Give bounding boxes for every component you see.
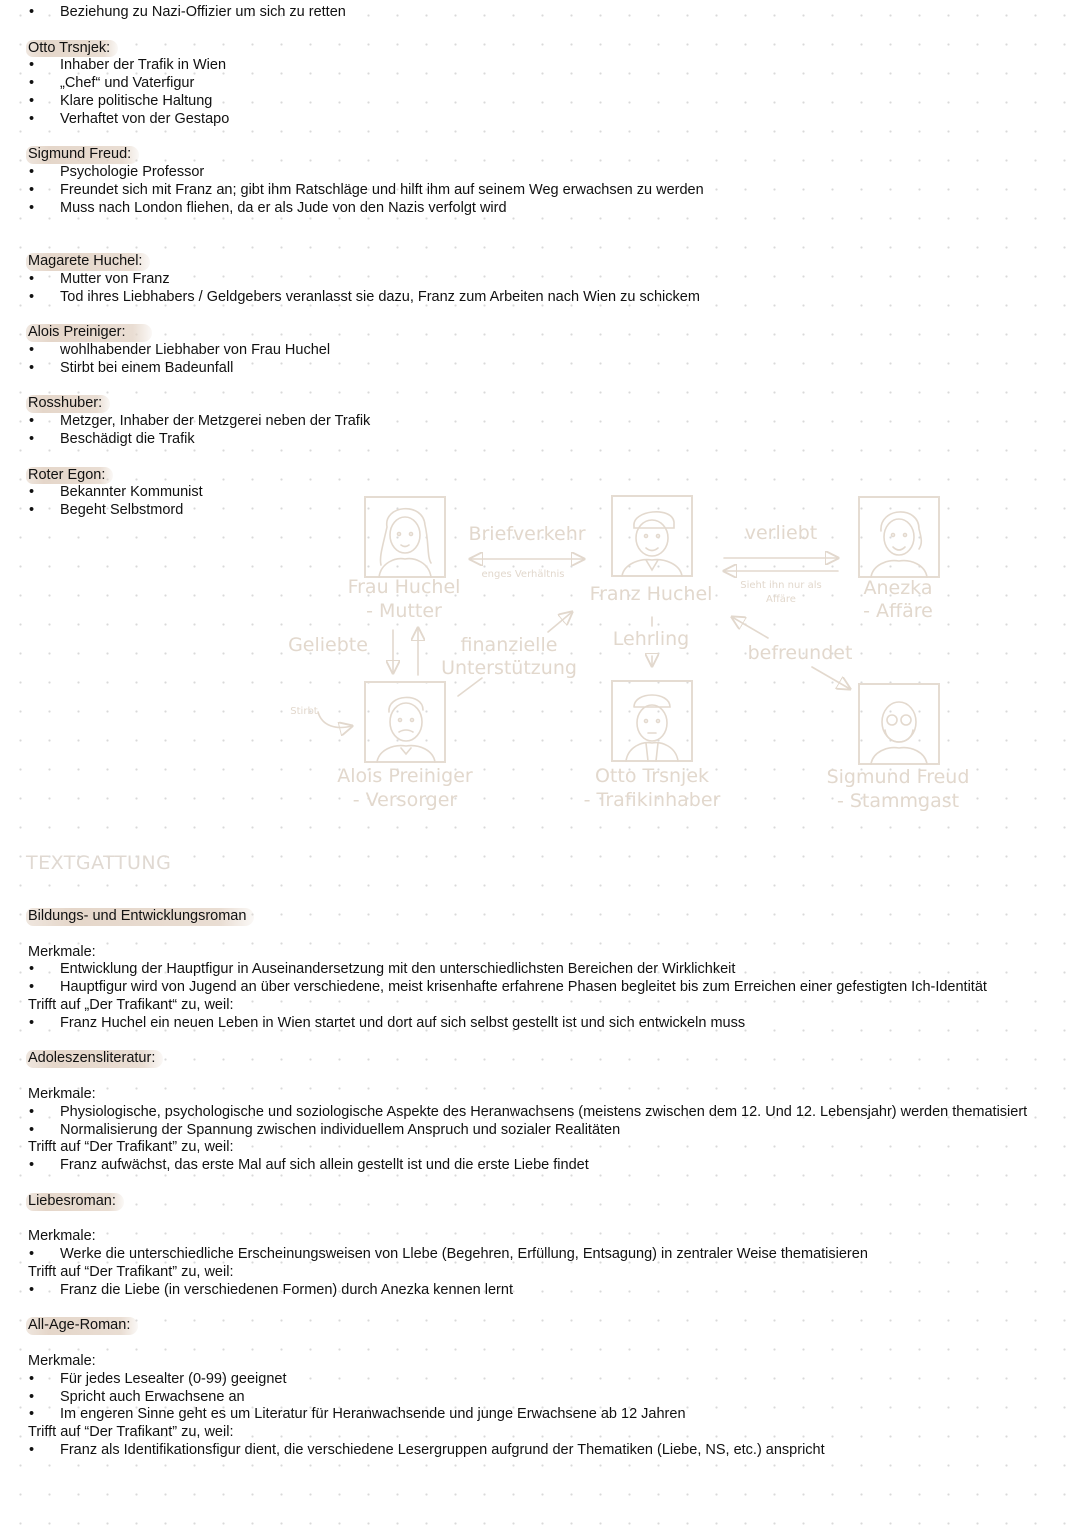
character-sigmund-freud: Sigmund Freud: •Psychologie Professor •F…	[28, 146, 704, 217]
merkmale-label: Merkmale:	[28, 1086, 1027, 1104]
edge-label-stirbt: Stirbt	[290, 706, 318, 717]
node-label-sigmund-freud: Sigmund Freud	[827, 766, 970, 788]
list-item: •Hauptfigur wird von Jugend an über vers…	[28, 979, 1027, 997]
list-item: •Inhaber der Trafik in Wien	[28, 57, 704, 75]
list-item: •Spricht auch Erwachsene an	[28, 1389, 1027, 1407]
node-label-otto-trsnjek: Otto Trsnjek	[595, 765, 709, 787]
genre-heading: Bildungs- und Entwicklungsroman	[26, 908, 254, 926]
list-item: •Metzger, Inhaber der Metzgerei neben de…	[28, 413, 700, 431]
arrow-stirbt	[318, 712, 352, 727]
list-item: •Beziehung zu Nazi-Offizier um sich zu r…	[28, 4, 704, 22]
edge-label-befreundet: befreundet	[748, 642, 853, 664]
character-heading: Roter Egon:	[26, 467, 113, 485]
list-item: •Stirbt bei einem Badeunfall	[28, 360, 700, 378]
character-roter-egon: Roter Egon: •Bekannter Kommunist •Begeht…	[28, 467, 700, 520]
character-list: •Beziehung zu Nazi-Offizier um sich zu r…	[28, 4, 704, 253]
list-item: •Psychologie Professor	[28, 164, 704, 182]
section-title-textgattung: TEXTGATTUNG	[26, 852, 171, 874]
node-label-franz-huchel: Franz Huchel	[590, 583, 713, 605]
genre-heading: Adoleszensliteratur:	[26, 1050, 163, 1068]
list-item: •Beschädigt die Trafik	[28, 431, 700, 449]
character-heading: Sigmund Freud:	[26, 146, 139, 164]
list-item: •Klare politische Haltung	[28, 93, 704, 111]
edge-label-enges-verhaeltnis: enges Verhältnis	[481, 569, 564, 580]
arrow-finanzielle	[548, 612, 572, 632]
node-role-sigmund-freud: - Stammgast	[837, 790, 959, 812]
list-item: •Im engeren Sinne geht es um Literatur f…	[28, 1406, 1027, 1424]
character-otto-trsnjek: Otto Trsnjek: •Inhaber der Trafik in Wie…	[28, 40, 704, 129]
edge-label-finanzielle-1: finanzielle	[461, 634, 558, 656]
portrait-otto-trsnjek-icon	[612, 681, 692, 761]
merkmale-label: Merkmale:	[28, 944, 1027, 962]
character-heading: Rosshuber:	[26, 395, 110, 413]
list-item: •Verhaftet von der Gestapo	[28, 111, 704, 129]
edge-label-briefverkehr: Briefverkehr	[468, 523, 585, 545]
list-item: •Franz Huchel ein neuen Leben in Wien st…	[28, 1015, 1027, 1033]
genre-heading: Liebesroman:	[26, 1193, 124, 1211]
genre-bildungsroman: Bildungs- und Entwicklungsroman Merkmale…	[28, 908, 1027, 1033]
list-item: •Franz als Identifikationsfigur dient, d…	[28, 1442, 1027, 1460]
character-heading: Alois Preiniger:	[26, 324, 152, 342]
character-list-2: Magarete Huchel: •Mutter von Franz •Tod …	[28, 253, 700, 520]
node-role-otto-trsnjek: - Trafikinhaber	[584, 789, 721, 811]
arrow-finanzielle-tail	[458, 678, 482, 696]
node-label-alois-preiniger: Alois Preiniger	[337, 765, 473, 787]
list-item: •Franz die Liebe (in verschiedenen Forme…	[28, 1282, 1027, 1300]
edge-label-lehrling: Lehrling	[613, 628, 689, 650]
edge-label-geliebte: Geliebte	[288, 634, 368, 656]
edge-label-sieht-affaere-2: Affäre	[766, 594, 796, 605]
character-rosshuber: Rosshuber: •Metzger, Inhaber der Metzger…	[28, 395, 700, 448]
node-label-frau-huchel: Frau Huchel	[348, 576, 461, 598]
node-role-alois-preiniger: - Versorger	[353, 789, 458, 811]
merkmale-label: Merkmale:	[28, 1353, 1027, 1371]
genre-all-age-roman: All-Age-Roman: Merkmale: •Für jedes Lese…	[28, 1317, 1027, 1459]
list-item: •Physiologische, psychologische und sozi…	[28, 1104, 1027, 1122]
list-item: •Franz aufwächst, das erste Mal auf sich…	[28, 1157, 1027, 1175]
arrow-befreundet-down	[812, 667, 850, 689]
genre-heading: All-Age-Roman:	[26, 1317, 138, 1335]
node-role-frau-huchel: - Mutter	[366, 600, 442, 622]
list-item: •Freundet sich mit Franz an; gibt ihm Ra…	[28, 182, 704, 200]
list-item: •Begeht Selbstmord	[28, 502, 700, 520]
list-item: •Muss nach London fliehen, da er als Jud…	[28, 200, 704, 218]
genre-list: Bildungs- und Entwicklungsroman Merkmale…	[28, 908, 1027, 1460]
edge-label-verliebt: verliebt	[745, 522, 818, 544]
trifft-label: Trifft auf „Der Trafikant“ zu, weil:	[28, 997, 1027, 1015]
list-item: •Mutter von Franz	[28, 271, 700, 289]
list-item: •Tod ihres Liebhabers / Geldgebers veran…	[28, 289, 700, 307]
list-item: •Bekannter Kommunist	[28, 484, 700, 502]
list-item: •„Chef“ und Vaterfigur	[28, 75, 704, 93]
list-item: •Für jedes Lesealter (0-99) geeignet	[28, 1371, 1027, 1389]
portrait-alois-preiniger-icon	[365, 682, 445, 762]
list-item: •Normalisierung der Spannung zwischen in…	[28, 1122, 1027, 1140]
node-role-anezka: - Affäre	[863, 600, 933, 622]
arrow-befreundet-up	[732, 617, 768, 638]
character-magarete-huchel: Magarete Huchel: •Mutter von Franz •Tod …	[28, 253, 700, 306]
character-alois-preiniger: Alois Preiniger: •wohlhabender Liebhaber…	[28, 324, 700, 377]
genre-liebesroman: Liebesroman: Merkmale: •Werke die unters…	[28, 1193, 1027, 1300]
list-item: •wohlhabender Liebhaber von Frau Huchel	[28, 342, 700, 360]
genre-adoleszensliteratur: Adoleszensliteratur: Merkmale: •Physiolo…	[28, 1050, 1027, 1175]
character-heading: Magarete Huchel:	[26, 253, 150, 271]
merkmale-label: Merkmale:	[28, 1228, 1027, 1246]
trifft-label: Trifft auf “Der Trafikant” zu, weil:	[28, 1139, 1027, 1157]
trifft-label: Trifft auf “Der Trafikant” zu, weil:	[28, 1264, 1027, 1282]
list-item: •Werke die unterschiedliche Erscheinungs…	[28, 1246, 1027, 1264]
edge-label-finanzielle-2: Unterstützung	[441, 657, 577, 679]
portrait-anezka-icon	[859, 497, 939, 577]
character-heading: Otto Trsnjek:	[26, 40, 118, 58]
list-item: •Entwicklung der Hauptfigur in Auseinand…	[28, 961, 1027, 979]
node-label-anezka: Anezka	[863, 577, 932, 599]
edge-label-sieht-affaere-1: Sieht ihn nur als	[740, 580, 821, 591]
portrait-sigmund-freud-icon	[859, 684, 939, 764]
trifft-label: Trifft auf “Der Trafikant” zu, weil:	[28, 1424, 1027, 1442]
